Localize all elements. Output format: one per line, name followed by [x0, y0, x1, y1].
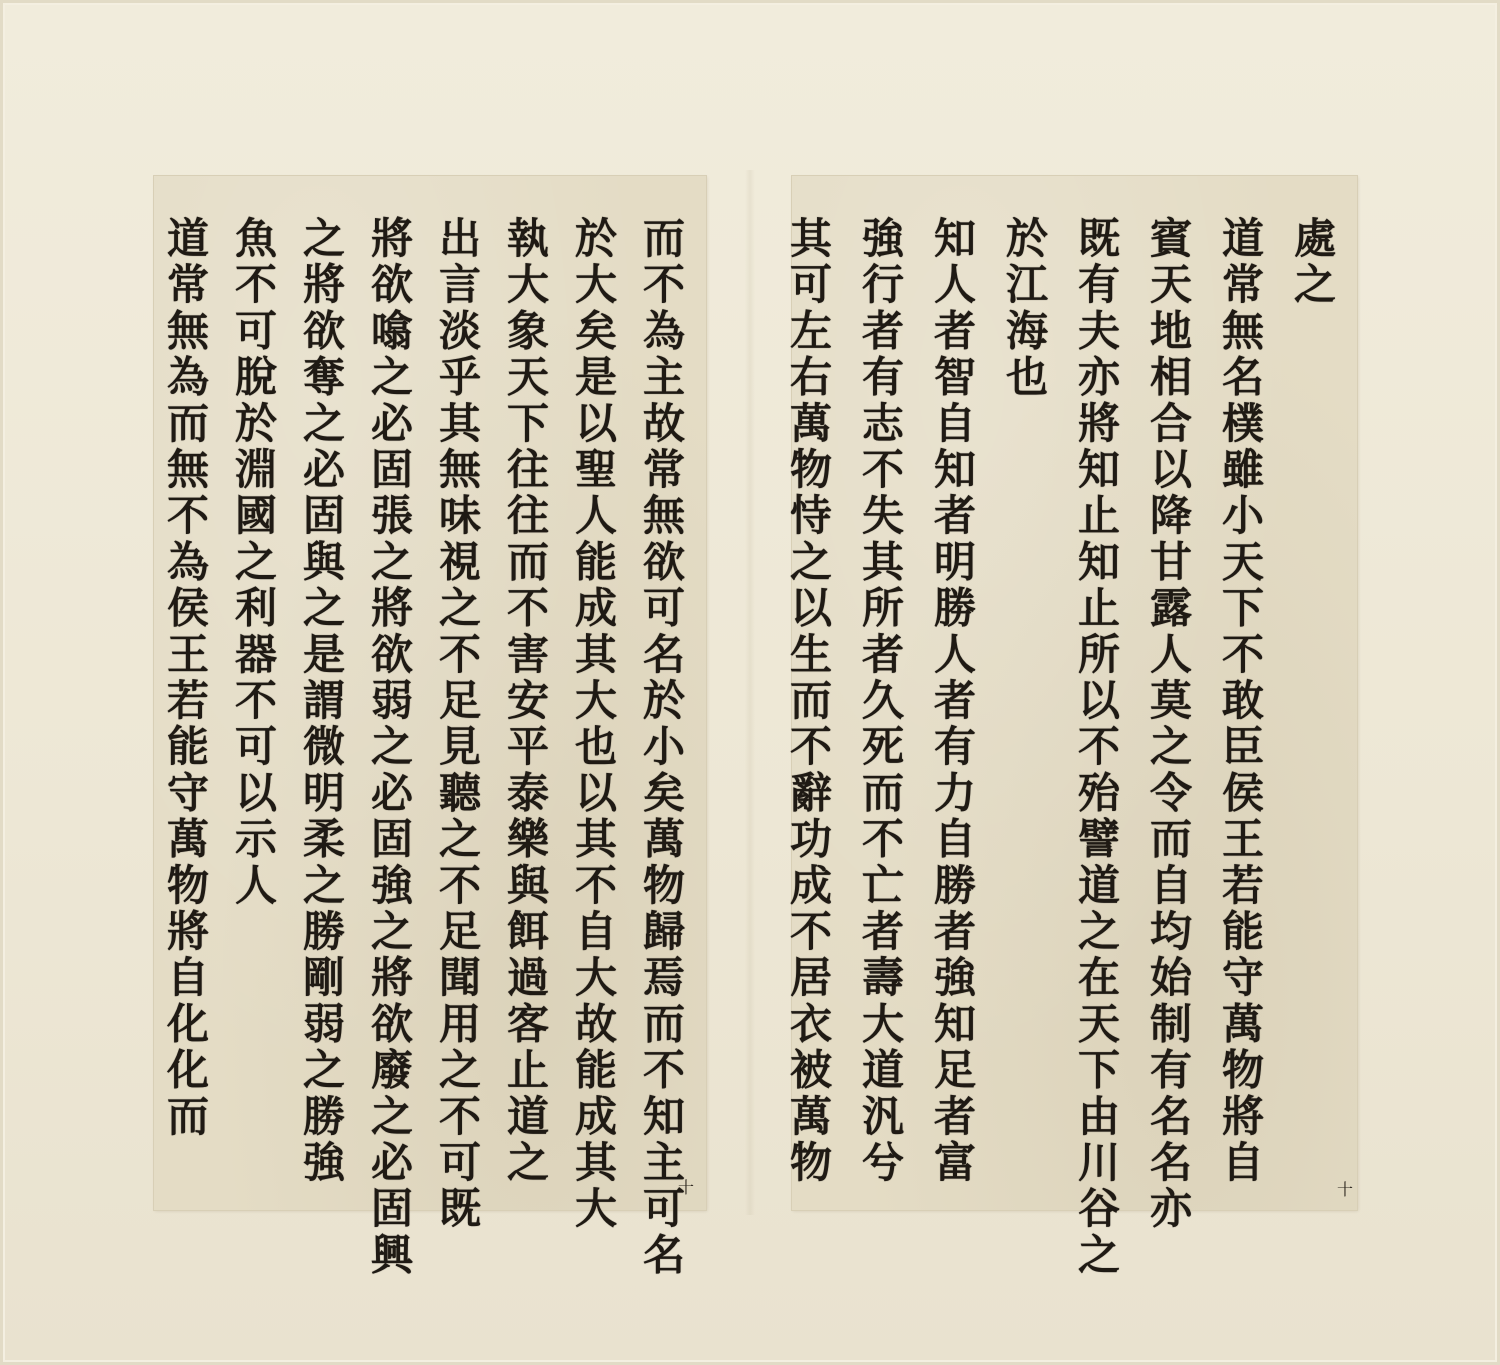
- text-column: 於江海也: [1003, 216, 1045, 1190]
- text-column: 既有夫亦將知止知止所以不殆譬道之在天下由川谷之: [1075, 216, 1117, 1190]
- leaf-number-mark: 十: [1337, 1177, 1353, 1200]
- text-column: 之將欲奪之必固與之是謂微明柔之勝剛弱之勝強: [300, 216, 342, 1190]
- text-column: 執大象天下往往而不害安平泰樂與餌過客止道之: [504, 216, 546, 1190]
- text-column: 而不為主故常無欲可名於小矣萬物歸焉而不知主可名: [640, 216, 682, 1190]
- text-column: 處之: [1291, 216, 1333, 1190]
- text-column: 強行者有志不失其所者久死而不亡者壽大道汎兮: [859, 216, 901, 1190]
- text-column: 出言淡乎其無味視之不足見聽之不足聞用之不可既: [436, 216, 478, 1190]
- text-column: 其可左右萬物恃之以生而不辭功成不居衣被萬物: [787, 216, 829, 1190]
- leaf-number-mark: 十: [678, 1175, 694, 1198]
- album-gutter: [745, 170, 755, 1215]
- left-album-leaf: 而不為主故常無欲可名於小矣萬物歸焉而不知主可名 於大矣是以聖人能成其大也以其不自…: [154, 176, 706, 1210]
- left-leaf-text-columns: 而不為主故常無欲可名於小矣萬物歸焉而不知主可名 於大矣是以聖人能成其大也以其不自…: [166, 216, 682, 1190]
- text-column: 魚不可脫於淵國之利器不可以示人: [232, 216, 274, 1190]
- right-leaf-text-columns: 處之 道常無名樸雖小天下不敢臣侯王若能守萬物將自 賓天地相合以降甘露人莫之令而自…: [804, 216, 1333, 1190]
- text-column: 道常無名樸雖小天下不敢臣侯王若能守萬物將自: [1219, 216, 1261, 1190]
- right-album-leaf: 處之 道常無名樸雖小天下不敢臣侯王若能守萬物將自 賓天地相合以降甘露人莫之令而自…: [792, 176, 1357, 1210]
- text-column: 賓天地相合以降甘露人莫之令而自均始制有名名亦: [1147, 216, 1189, 1190]
- text-column: 將欲噏之必固張之將欲弱之必固強之將欲廢之必固興: [368, 216, 410, 1190]
- text-column: 道常無為而無不為侯王若能守萬物將自化化而: [164, 216, 206, 1190]
- text-column: 知人者智自知者明勝人者有力自勝者強知足者富: [931, 216, 973, 1190]
- text-column: 於大矣是以聖人能成其大也以其不自大故能成其大: [572, 216, 614, 1190]
